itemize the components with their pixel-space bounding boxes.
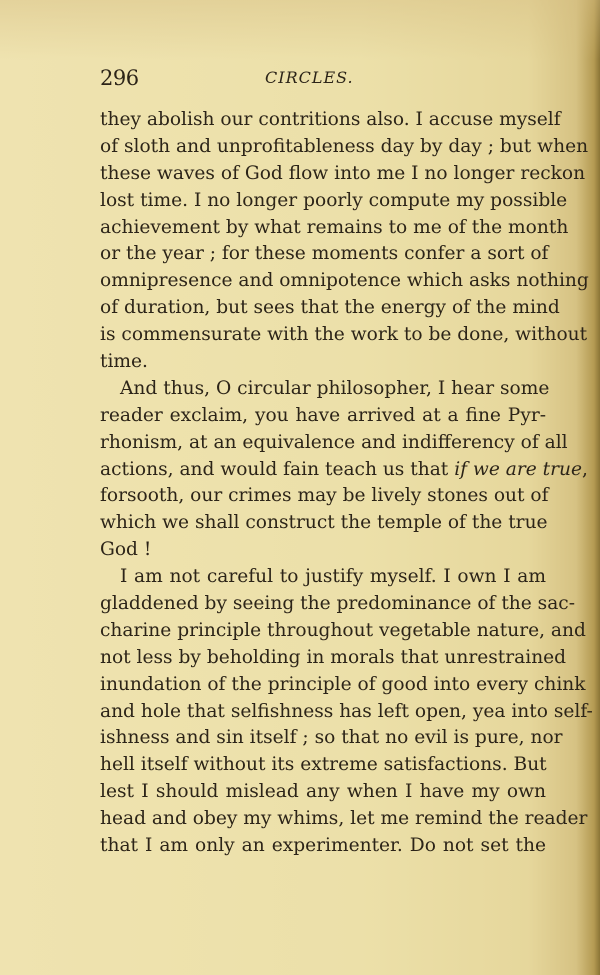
text-line: which we shall construct the temple of t…: [100, 510, 546, 537]
text-line: charine principle throughout vegetable n…: [100, 618, 546, 645]
text-line: or the year ; for these moments confer a…: [100, 241, 546, 268]
text-segment: actions, and would fain teach us that: [100, 459, 448, 480]
text-line: I am not careful to justify myself. I ow…: [100, 564, 546, 591]
text-line: time.: [100, 349, 546, 376]
paragraph-2: And thus, O circular philosopher, I hear…: [100, 376, 546, 564]
paragraph-1: they abolish our contritions also. I acc…: [100, 107, 546, 376]
text-line: gladdened by seeing the predominance of …: [100, 591, 546, 618]
body-text: they abolish our contritions also. I acc…: [100, 107, 546, 860]
text-line: achievement by what remains to me of the…: [100, 215, 546, 242]
text-line: is commensurate with the work to be done…: [100, 322, 546, 349]
text-line: these waves of God flow into me I no lon…: [100, 161, 546, 188]
text-line: they abolish our contritions also. I acc…: [100, 107, 546, 134]
text-line: hell itself without its extreme satisfac…: [100, 752, 546, 779]
text-line: inundation of the principle of good into…: [100, 672, 546, 699]
text-line: that I am only an experimenter. Do not s…: [100, 833, 546, 860]
text-line: reader exclaim, you have arrived at a fi…: [100, 403, 546, 430]
text-line: head and obey my whims, let me remind th…: [100, 806, 546, 833]
punctuation: ,: [582, 459, 588, 480]
chapter-title: CIRCLES.: [265, 68, 354, 87]
page-number: 296: [100, 66, 139, 90]
text-line: forsooth, our crimes may be lively stone…: [100, 483, 546, 510]
text-line: ishness and sin itself ; so that no evil…: [100, 725, 546, 752]
text-line: rhonism, at an equivalence and indiffere…: [100, 430, 546, 457]
text-line: of sloth and unprofitableness day by day…: [100, 134, 546, 161]
text-line: not less by beholding in morals that unr…: [100, 645, 546, 672]
text-line: And thus, O circular philosopher, I hear…: [100, 376, 546, 403]
page-top-shade: [0, 0, 600, 60]
text-line: of duration, but sees that the energy of…: [100, 295, 546, 322]
text-line: lest I should mislead any when I have my…: [100, 779, 546, 806]
italic-phrase: if we are true: [454, 459, 582, 480]
text-line: lost time. I no longer poorly compute my…: [100, 188, 546, 215]
text-line-with-italic: actions, and would fain teach us that if…: [100, 457, 546, 484]
running-head: 296 CIRCLES.: [100, 66, 545, 94]
text-line: and hole that selfishness has left open,…: [100, 699, 546, 726]
text-line: omnipresence and omnipotence which asks …: [100, 268, 546, 295]
text-line: God !: [100, 537, 546, 564]
paragraph-3: I am not careful to justify myself. I ow…: [100, 564, 546, 860]
